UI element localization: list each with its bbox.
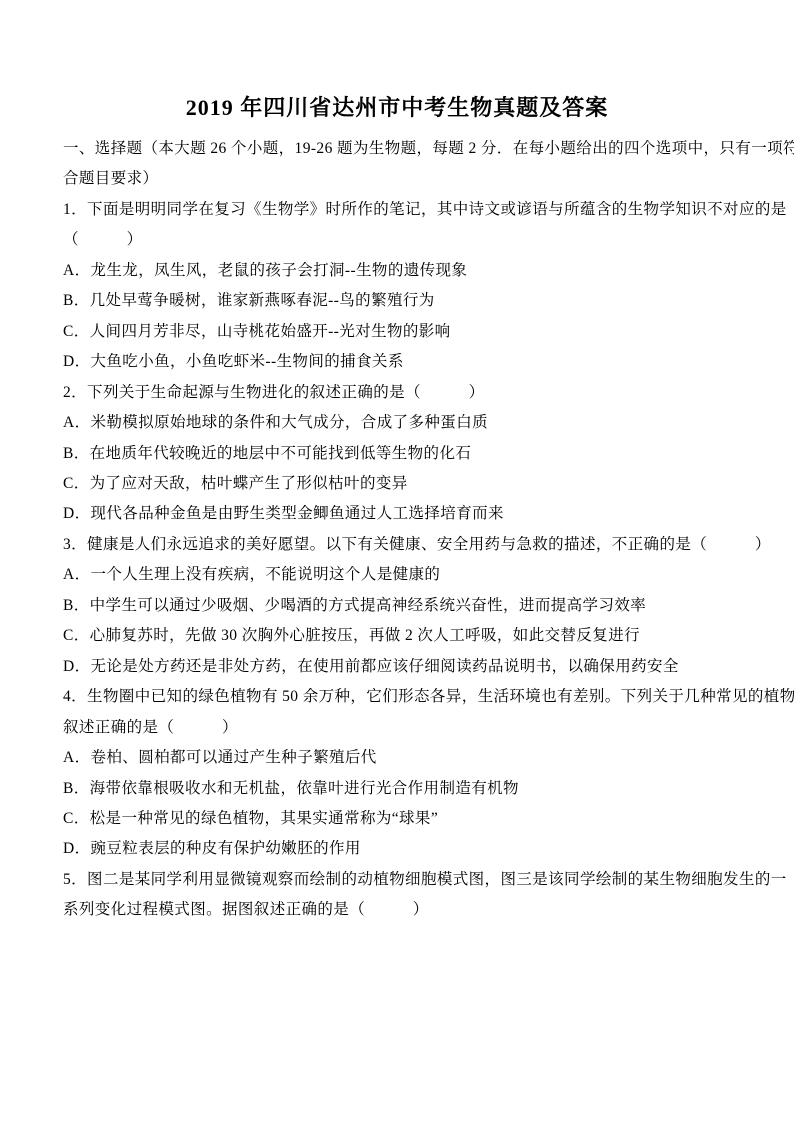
question-3-option-B: B．中学生可以通过少吸烟、少喝酒的方式提高神经系统兴奋性，进而提高学习效率 [63,591,739,621]
question-3-option-A: A．一个人生理上没有疾病，不能说明这个人是健康的 [63,560,739,590]
question-3-option-C: C．心肺复苏时，先做 30 次胸外心脏按压，再做 2 次人工呼吸，如此交替反复进… [63,621,739,651]
section-intro-line: 一、选择题（本大题 26 个小题，19-26 题为生物题，每题 2 分．在每小题… [63,134,739,164]
section-intro-line: 合题目要求） [63,164,739,194]
question-3-stem-line: 3．健康是人们永远追求的美好愿望。以下有关健康、安全用药与急救的描述，不正确的是… [63,530,739,560]
question-4-option-C: C．松是一种常见的绿色植物，其果实通常称为“球果” [63,804,739,834]
question-2-stem-line: 2．下列关于生命起源与生物进化的叙述正确的是（ ） [63,378,739,408]
question-1-option-B: B．几处早莺争暖树，谁家新燕啄春泥--鸟的繁殖行为 [63,286,739,316]
question-1-stem-line: （ ） [63,225,739,255]
question-2-option-C: C．为了应对天敌，枯叶蝶产生了形似枯叶的变异 [63,469,739,499]
question-4-stem-line: 4．生物圈中已知的绿色植物有 50 余万种，它们形态各异，生活环境也有差别。下列… [63,682,739,712]
question-2-option-A: A．米勒模拟原始地球的条件和大气成分，合成了多种蛋白质 [63,408,739,438]
document-page: 2019 年四川省达州市中考生物真题及答案 一、选择题（本大题 26 个小题，1… [0,0,794,1123]
question-2-option-D: D．现代各品种金鱼是由野生类型金鲫鱼通过人工选择培育而来 [63,499,739,529]
question-4-option-A: A．卷柏、圆柏都可以通过产生种子繁殖后代 [63,743,739,773]
question-4-stem-line: 叙述正确的是（ ） [63,713,739,743]
document-body: 一、选择题（本大题 26 个小题，19-26 题为生物题，每题 2 分．在每小题… [63,134,739,926]
question-4-option-B: B．海带依靠根吸收水和无机盐，依靠叶进行光合作用制造有机物 [63,774,739,804]
question-1-stem-line: 1．下面是明明同学在复习《生物学》时所作的笔记，其中诗文或谚语与所蕴含的生物学知… [63,195,739,225]
question-5-stem-line: 5．图二是某同学利用显微镜观察而绘制的动植物细胞模式图，图三是该同学绘制的某生物… [63,865,739,895]
question-1-option-C: C．人间四月芳非尽，山寺桃花始盛开--光对生物的影响 [63,317,739,347]
question-1-option-A: A．龙生龙，凤生风，老鼠的孩子会打洞--生物的遗传现象 [63,256,739,286]
question-2-option-B: B．在地质年代较晚近的地层中不可能找到低等生物的化石 [63,439,739,469]
question-4-option-D: D．豌豆粒表层的种皮有保护幼嫩胚的作用 [63,834,739,864]
question-1-option-D: D．大鱼吃小鱼，小鱼吃虾米--生物间的捕食关系 [63,347,739,377]
question-3-option-D: D．无论是处方药还是非处方药，在使用前都应该仔细阅读药品说明书，以确保用药安全 [63,652,739,682]
document-title: 2019 年四川省达州市中考生物真题及答案 [0,94,794,122]
question-5-stem-line: 系列变化过程模式图。据图叙述正确的是（ ） [63,895,739,925]
